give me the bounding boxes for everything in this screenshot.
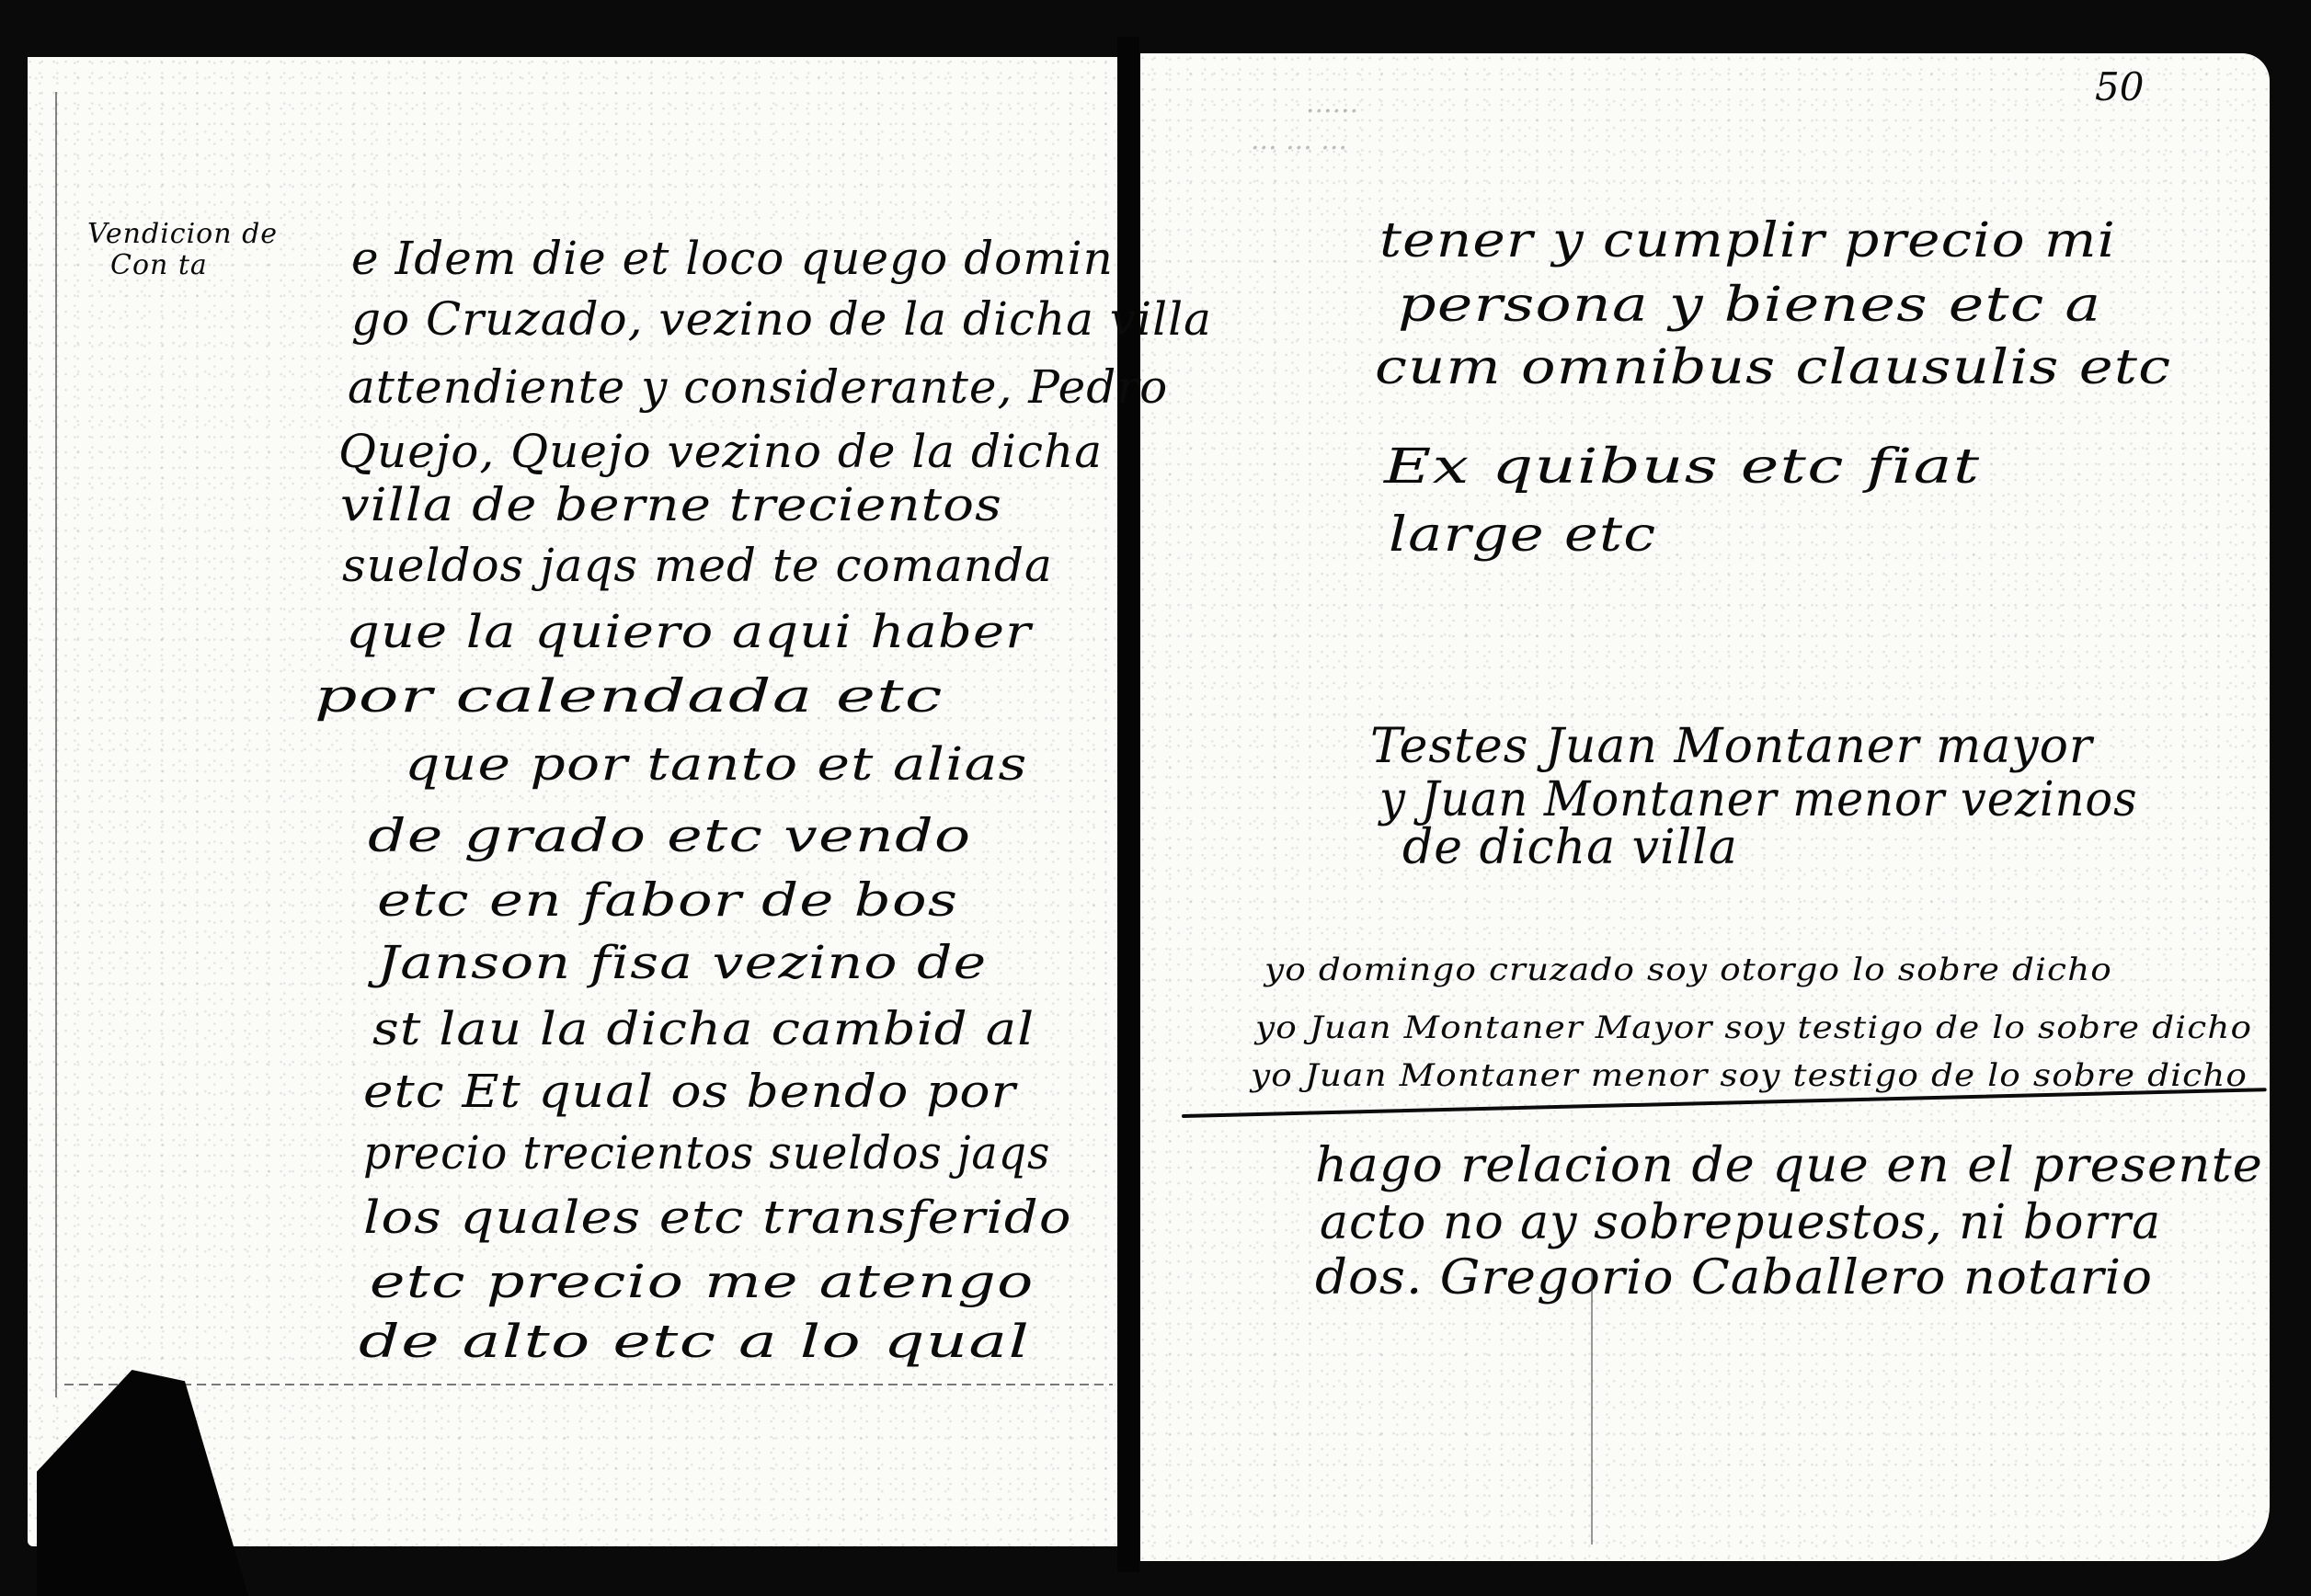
- faint-ruling-line: [1591, 1269, 1593, 1545]
- text-line: e Idem die et loco quego domin: [351, 232, 1114, 285]
- signature-line: yo domingo cruzado soy otorgo lo sobre d…: [1264, 952, 2112, 988]
- text-line: de dicha villa: [1402, 820, 1738, 875]
- text-line: etc en fabor de bos: [377, 873, 958, 927]
- margin-note-line: Vendicion de: [87, 219, 278, 250]
- text-line: de grado etc vendo: [368, 809, 971, 862]
- text-line: Ex quibus etc fiat: [1384, 439, 1980, 495]
- left-margin-rule: [55, 92, 57, 1397]
- text-line: sueldos jaqs med te comanda: [342, 539, 1053, 592]
- text-line: los quales etc transferido: [363, 1191, 1072, 1244]
- signature-line: yo Juan Montaner Mayor soy testigo de lo…: [1255, 1009, 2252, 1046]
- text-line: cum omnibus clausulis etc: [1375, 340, 2171, 395]
- margin-note-line: Con ta: [110, 250, 208, 281]
- text-line: go Cruzado, vezino de la dicha villa: [351, 292, 1212, 346]
- text-line: acto no ay sobrepuestos, ni borra: [1320, 1195, 2161, 1250]
- text-line: que la quiero aqui haber: [346, 605, 1032, 658]
- text-line: etc precio me atengo: [370, 1255, 1035, 1308]
- text-line: villa de berne trecientos: [340, 478, 1002, 531]
- text-line: que por tanto et alias: [405, 737, 1028, 791]
- text-line: hago relacion de que en el presente: [1315, 1138, 2263, 1193]
- text-line: large etc: [1389, 507, 1656, 563]
- text-line: tener y cumplir precio mi: [1379, 213, 2116, 268]
- text-line: attendiente y considerante, Pedro: [348, 360, 1168, 414]
- bleed-through-text: ... ... ...: [1251, 124, 1347, 156]
- manuscript-scan: 50 ...... ... ... ... Vendicion de Con t…: [0, 0, 2311, 1596]
- text-line: Quejo, Quejo vezino de la dicha: [338, 425, 1103, 478]
- text-line: st lau la dicha cambid al: [372, 1002, 1035, 1055]
- text-line: etc Et qual os bendo por: [363, 1065, 1016, 1118]
- text-line: persona y bienes etc a: [1398, 278, 2101, 333]
- book-gutter: [1117, 37, 1139, 1572]
- text-line: precio trecientos sueldos jaqs: [363, 1126, 1050, 1180]
- text-line: Testes Juan Montaner mayor: [1370, 719, 2093, 774]
- signature-line: yo Juan Montaner menor soy testigo de lo…: [1251, 1057, 2248, 1094]
- text-line: de alto etc a lo qual: [359, 1315, 1030, 1368]
- text-line: por calendada etc: [315, 669, 944, 723]
- text-line: dos. Gregorio Caballero notario: [1315, 1250, 2153, 1305]
- text-line: Janson fisa vezino de: [377, 936, 987, 989]
- left-bottom-rule: [64, 1384, 1113, 1385]
- bleed-through-text: ......: [1306, 87, 1358, 120]
- page-number: 50: [2095, 64, 2144, 109]
- text-line: y Juan Montaner menor vezinos: [1379, 772, 2137, 827]
